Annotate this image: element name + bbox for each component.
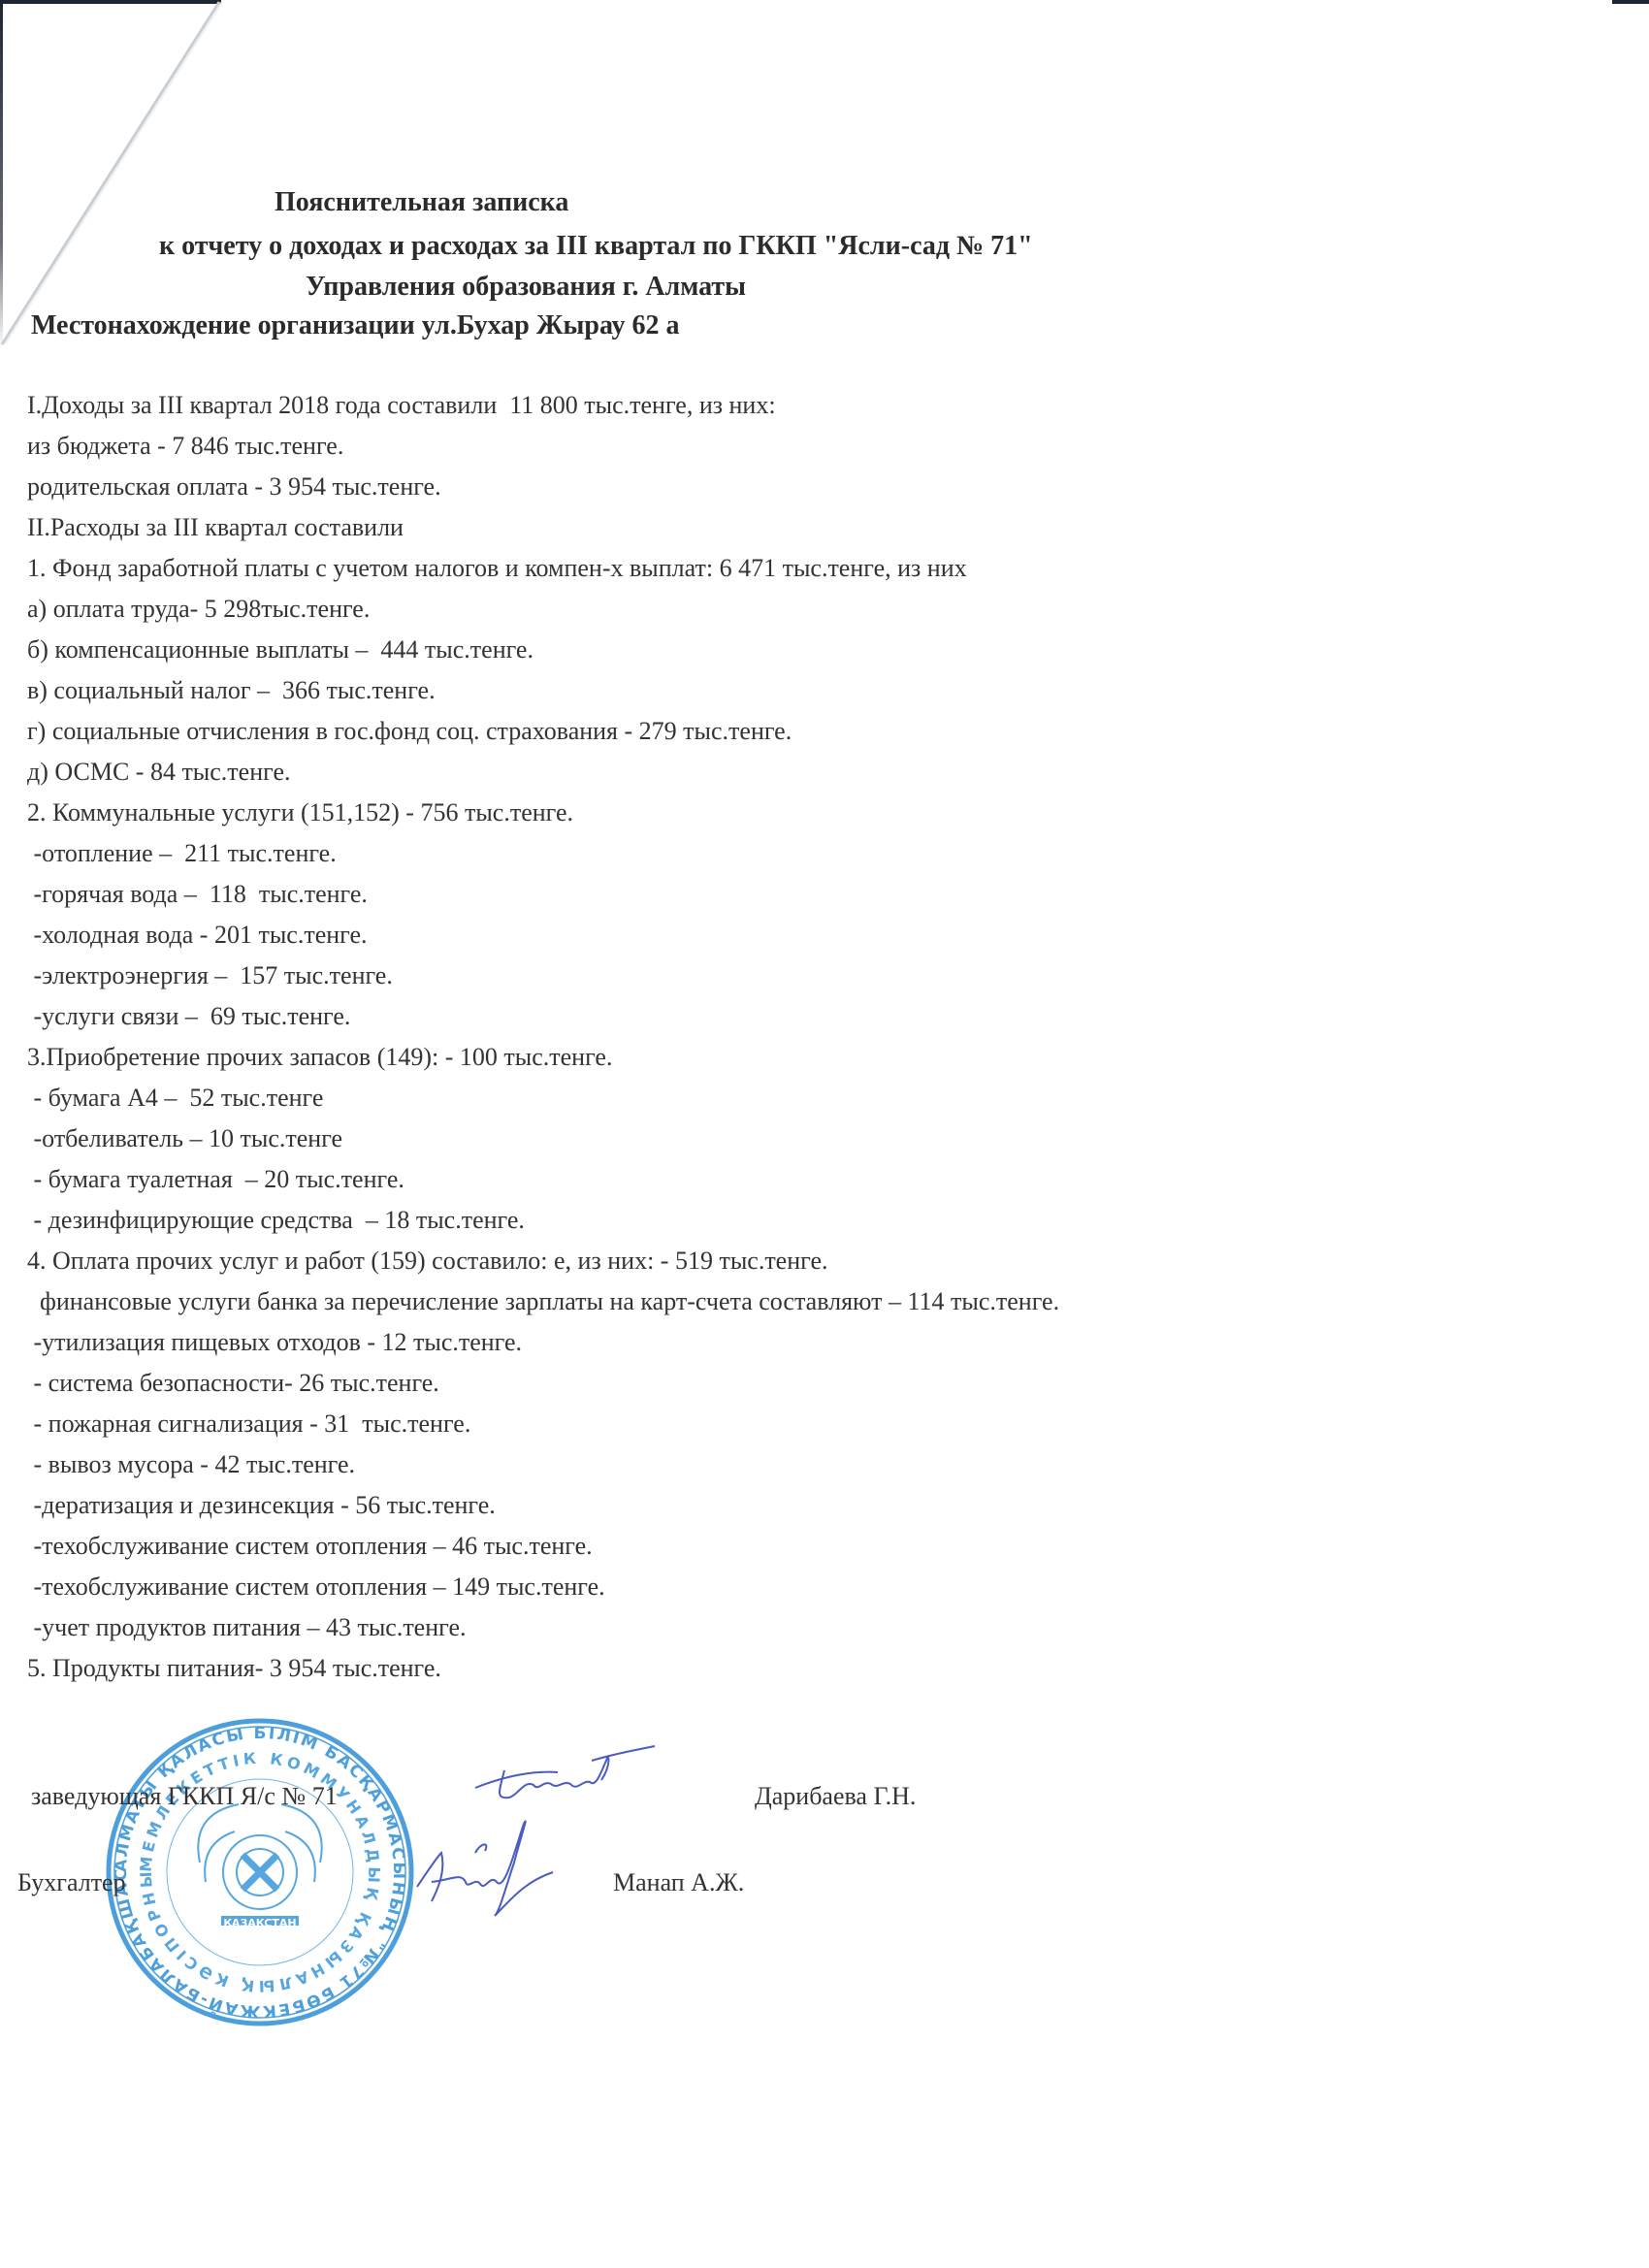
expense-item: -техобслуживание систем отопления – 46 т… — [27, 1526, 1059, 1567]
document-title: Пояснительная записка — [275, 187, 568, 218]
expense-item: а) оплата труда- 5 298тыс.тенге. — [27, 589, 1059, 630]
income-item: родительская оплата - 3 954 тыс.тенге. — [27, 467, 1059, 507]
expense-item: -техобслуживание систем отопления – 149 … — [27, 1567, 1059, 1607]
expense-section-services: 4. Оплата прочих услуг и работ (159) сос… — [27, 1241, 1059, 1281]
organization-location: Местонахождение организации ул.Бухар Жыр… — [31, 310, 680, 341]
expense-item: -электроэнергия – 157 тыс.тенге. — [27, 956, 1059, 996]
expense-item: -услуги связи – 69 тыс.тенге. — [27, 996, 1059, 1037]
expenses-heading: II.Расходы за III квартал составили — [27, 507, 1059, 548]
expense-section-supplies: 3.Приобретение прочих запасов (149): - 1… — [27, 1037, 1059, 1078]
expense-item: - дезинфицирующие средства – 18 тыс.тенг… — [27, 1200, 1059, 1241]
director-role: заведующая ГККП Я/с № 71 — [31, 1782, 338, 1811]
expense-item: -дератизация и дезинсекция - 56 тыс.тенг… — [27, 1485, 1059, 1526]
expense-item: - бумага А4 – 52 тыс.тенге — [27, 1078, 1059, 1118]
expense-item: в) социальный налог – 366 тыс.тенге. — [27, 670, 1059, 711]
expense-item: -отопление – 211 тыс.тенге. — [27, 833, 1059, 874]
expense-item: г) социальные отчисления в гос.фонд соц.… — [27, 711, 1059, 752]
expense-section-payroll: 1. Фонд заработной платы с учетом налого… — [27, 548, 1059, 589]
expense-item: -отбеливатель – 10 тыс.тенге — [27, 1118, 1059, 1159]
income-heading: I.Доходы за III квартал 2018 года состав… — [27, 385, 1059, 426]
accountant-role: Бухгалтер — [17, 1868, 126, 1897]
expense-item: - вывоз мусора - 42 тыс.тенге. — [27, 1444, 1059, 1485]
expense-item: -утилизация пищевых отходов - 12 тыс.тен… — [27, 1322, 1059, 1363]
svg-text:ҚАЗАҚСТАН: ҚАЗАҚСТАН — [223, 1917, 296, 1929]
accountant-signature-icon — [407, 1814, 563, 1921]
expense-item: -холодная вода - 201 тыс.тенге. — [27, 915, 1059, 956]
document-department: Управления образования г. Алматы — [306, 272, 746, 303]
expense-item: -учет продуктов питания – 43 тыс.тенге. — [27, 1607, 1059, 1648]
expense-item: д) ОСМС - 84 тыс.тенге. — [27, 752, 1059, 793]
expense-item: финансовые услуги банка за перечисление … — [27, 1281, 1059, 1322]
accountant-name: Манап А.Ж. — [613, 1868, 744, 1897]
expense-item: - система безопасности- 26 тыс.тенге. — [27, 1363, 1059, 1404]
income-item: из бюджета - 7 846 тыс.тенге. — [27, 426, 1059, 467]
document-subtitle: к отчету о доходах и расходах за III ква… — [159, 231, 1033, 262]
director-signature-icon — [466, 1741, 660, 1809]
report-body: I.Доходы за III квартал 2018 года состав… — [27, 385, 1059, 1689]
expense-section-utilities: 2. Коммунальные услуги (151,152) - 756 т… — [27, 793, 1059, 833]
director-name: Дарибаева Г.Н. — [755, 1782, 916, 1811]
expense-item: б) компенсационные выплаты – 444 тыс.тен… — [27, 630, 1059, 670]
expense-section-food: 5. Продукты питания- 3 954 тыс.тенге. — [27, 1648, 1059, 1689]
expense-item: - пожарная сигнализация - 31 тыс.тенге. — [27, 1404, 1059, 1444]
official-stamp-icon: АЛМАТЫ ҚАЛАСЫ БІЛІМ БАСҚАРМАСЫНЫҢ "№71 Б… — [105, 1717, 415, 2027]
expense-item: - бумага туалетная – 20 тыс.тенге. — [27, 1159, 1059, 1200]
document-page: Пояснительная записка к отчету о доходах… — [0, 0, 1649, 2268]
expense-item: -горячая вода – 118 тыс.тенге. — [27, 874, 1059, 915]
